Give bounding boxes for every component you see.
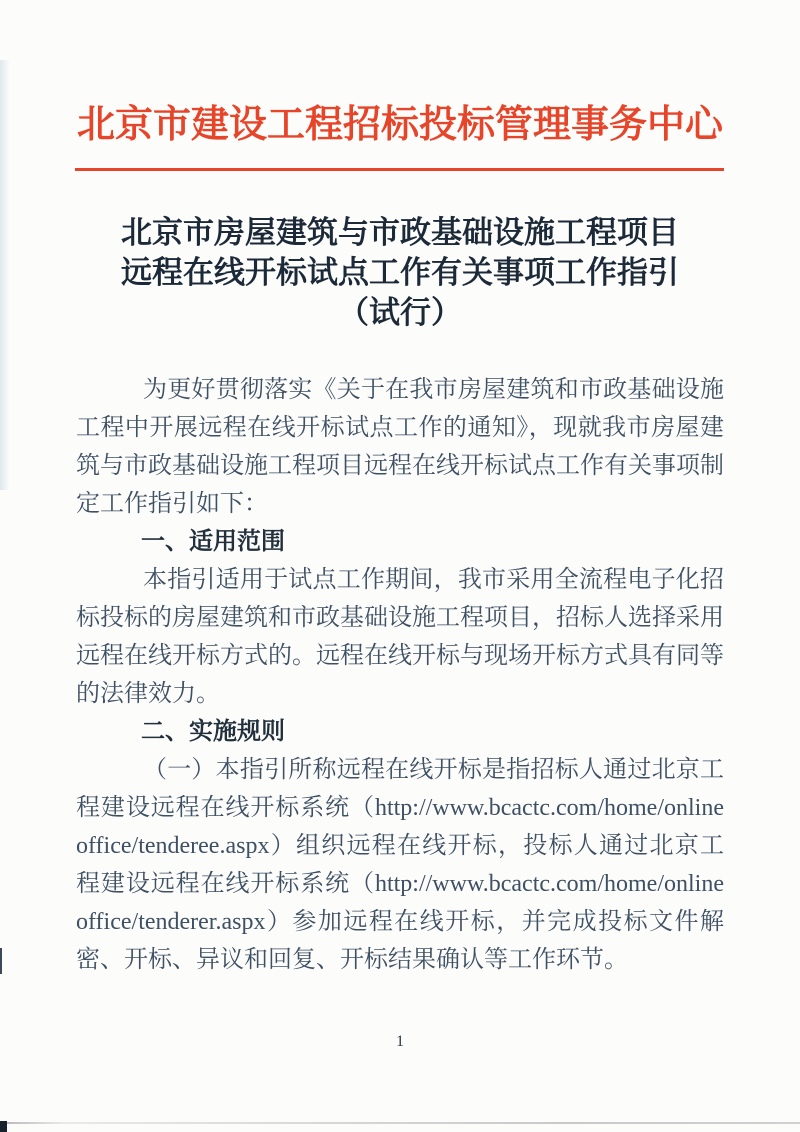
section-2-heading: 二、实施规则 [76, 713, 724, 751]
section-1-heading: 一、适用范围 [76, 523, 724, 561]
document-title: 北京市房屋建筑与市政基础设施工程项目 远程在线开标试点工作有关事项工作指引 （试… [75, 213, 725, 333]
scanned-document-page: 北京市建设工程招标投标管理事务中心 北京市房屋建筑与市政基础设施工程项目 远程在… [0, 0, 800, 1132]
intro-paragraph: 为更好贯彻落实《关于在我市房屋建筑和市政基础设施工程中开展远程在线开标试点工作的… [76, 371, 724, 523]
scan-corner-mark [0, 1121, 7, 1132]
letterhead-org-name: 北京市建设工程招标投标管理事务中心 [75, 98, 725, 152]
document-title-line-1: 北京市房屋建筑与市政基础设施工程项目 [75, 213, 725, 253]
scan-edge-bottom-line [0, 1122, 800, 1124]
document-title-line-2: 远程在线开标试点工作有关事项工作指引 [75, 253, 725, 293]
section-2-paragraph: （一）本指引所称远程在线开标是指招标人通过北京工程建设远程在线开标系统（http… [76, 751, 724, 979]
scan-edge-shadow-left [0, 60, 10, 490]
letterhead-divider [75, 168, 724, 171]
document-body: 为更好贯彻落实《关于在我市房屋建筑和市政基础设施工程中开展远程在线开标试点工作的… [76, 371, 724, 979]
page-number: 1 [0, 1033, 800, 1051]
section-1-paragraph: 本指引适用于试点工作期间，我市采用全流程电子化招标投标的房屋建筑和市政基础设施工… [76, 561, 724, 713]
document-title-line-3: （试行） [75, 293, 725, 333]
scan-left-edge-tick [0, 948, 2, 974]
